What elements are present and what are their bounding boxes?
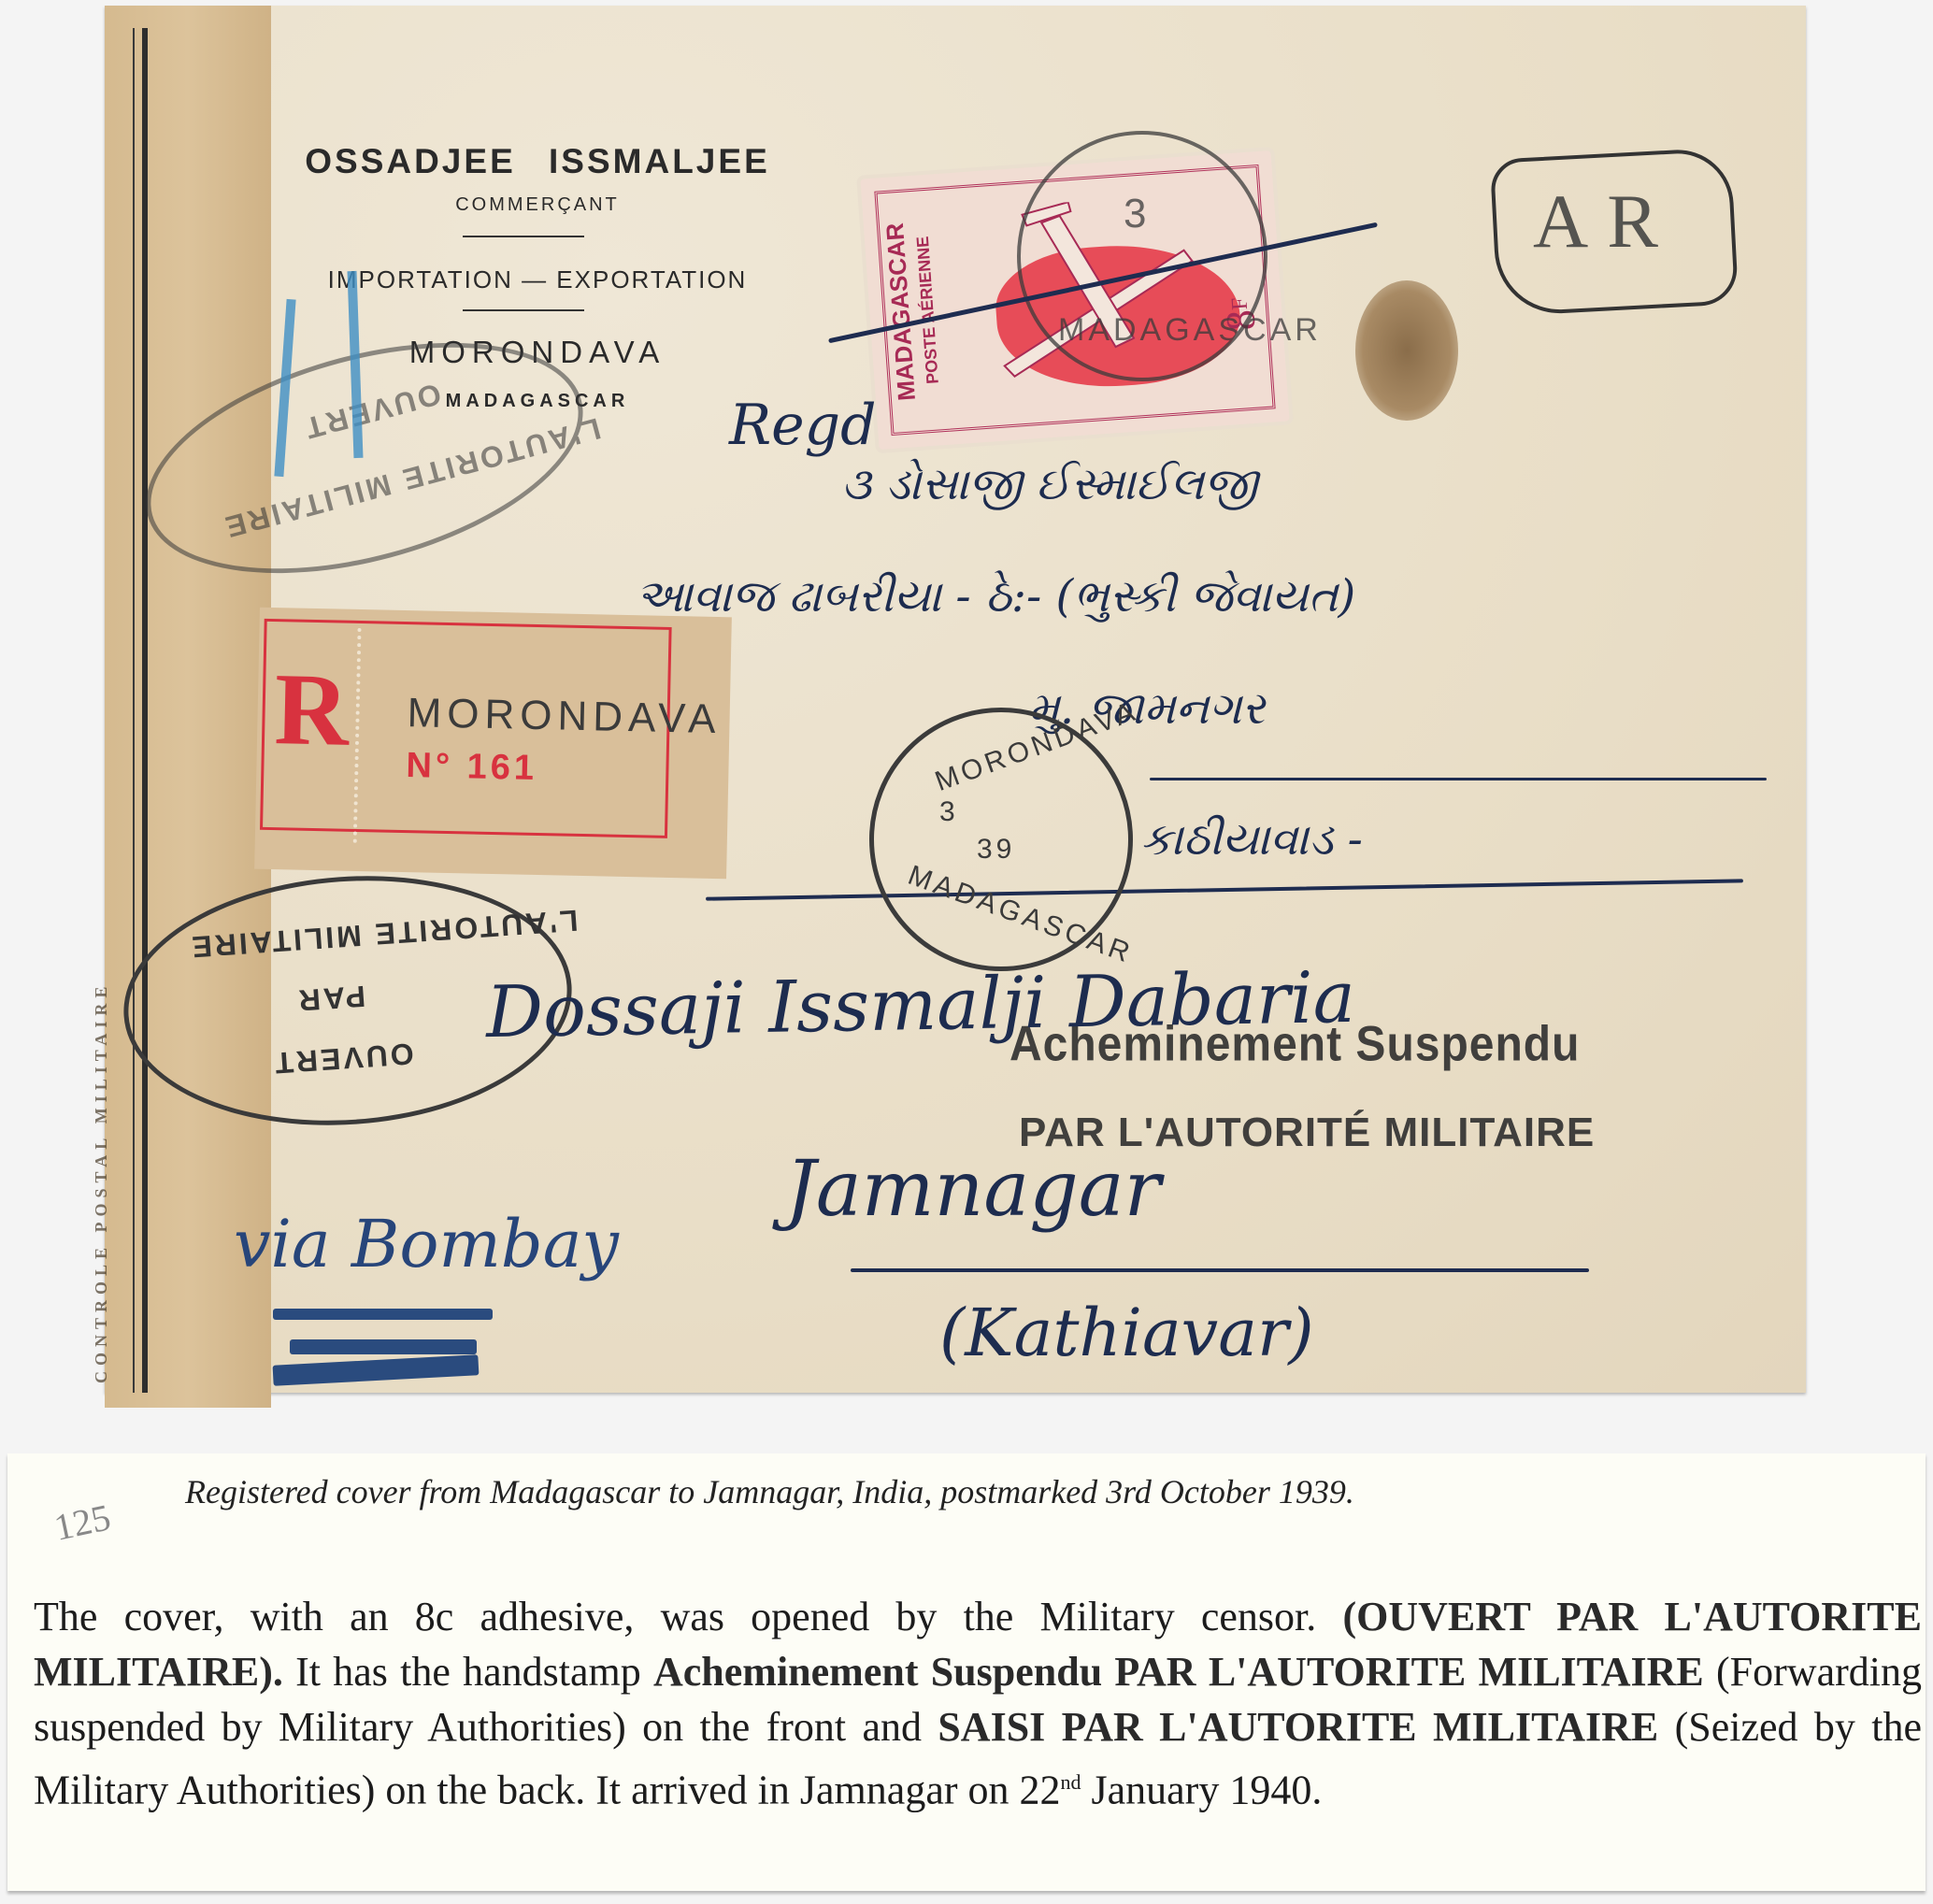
letterhead-divider (463, 236, 584, 237)
censor-oval-text: OUVERT (271, 1036, 415, 1080)
caption-title: Registered cover from Madagascar to Jamn… (185, 1472, 1924, 1511)
censor-oval-text: L'AUTORITE MILITAIRE (188, 903, 579, 965)
caption-superscript: nd (1061, 1770, 1081, 1794)
letterhead-profession: COMMERÇANT (248, 194, 827, 216)
handwritten-gujarati-line: આવાજ ઢાબરીયા - ઠે:- (ભુસ્કી જેવાયત) (636, 570, 1355, 623)
handwritten-city: Jamnagar (785, 1145, 1161, 1234)
postmark-day: 3 (939, 796, 959, 828)
postmark-year: 39 (977, 834, 1015, 866)
tape-rule-thick (142, 28, 148, 1393)
letterhead-divider (463, 309, 584, 311)
handwritten-gujarati-line: કાઠીયાવાડ - (1140, 813, 1363, 866)
handwritten-recipient: Dossaji Issmalji Dabaria (485, 955, 1355, 1053)
registration-letter: R (273, 650, 350, 770)
stain (1355, 280, 1458, 421)
caption-body: The cover, with an 8c adhesive, was open… (34, 1589, 1922, 1818)
caption-text: January 1940. (1081, 1768, 1323, 1813)
ink-underline (1150, 778, 1767, 780)
caption-text-bold: Acheminement Suspendu PAR L'AUTORITE MIL… (653, 1649, 1704, 1695)
letterhead-trade: IMPORTATION — EXPORTATION (248, 265, 827, 294)
ink-underline (290, 1339, 477, 1354)
handwritten-region: (Kathiavar) (939, 1295, 1314, 1371)
ink-underline (273, 1309, 493, 1320)
censor-oval-text: OUVERT (299, 376, 445, 446)
registration-number-value: 161 (466, 747, 537, 788)
pencil-price-note: 125 (50, 1495, 114, 1549)
ar-mark: AR (1533, 178, 1677, 265)
censor-oval-text: PAR (295, 979, 367, 1018)
registration-number-prefix: N° (406, 746, 454, 786)
caption-card: 125 Registered cover from Madagascar to … (7, 1453, 1926, 1891)
postmark-morondava: MORONDAVA 3 39 MADAGASCAR (869, 708, 1133, 971)
handwritten-gujarati-line: ૩ ડોસાજી ઈસ્માઈલજી (841, 458, 1257, 511)
handwritten-regd: Regd (729, 393, 877, 458)
ink-underline (851, 1268, 1589, 1272)
tape-rule-thin (133, 28, 135, 1393)
registration-number: N° 161 (406, 746, 537, 789)
caption-text: The cover, with an 8c adhesive, was open… (34, 1594, 1342, 1639)
censor-tape (105, 6, 271, 1408)
registration-label: R MORONDAVA N° 161 (254, 608, 732, 880)
caption-text-bold: SAISI PAR L'AUTORITE MILITAIRE (938, 1704, 1658, 1750)
censor-tape-text: CONTROLE POSTAL MILITAIRE (92, 280, 129, 1383)
postmark-country: MADAGASCAR (1058, 312, 1322, 349)
caption-text: It has the handstamp (283, 1649, 653, 1695)
postmark-country: MADAGASCAR (904, 860, 1138, 971)
handwritten-routing: via Bombay (234, 1206, 619, 1282)
letterhead-name: OSSADJEE ISSMALJEE (248, 142, 827, 181)
postmark-day: 3 (1124, 191, 1150, 237)
registration-office: MORONDAVA (407, 690, 722, 743)
